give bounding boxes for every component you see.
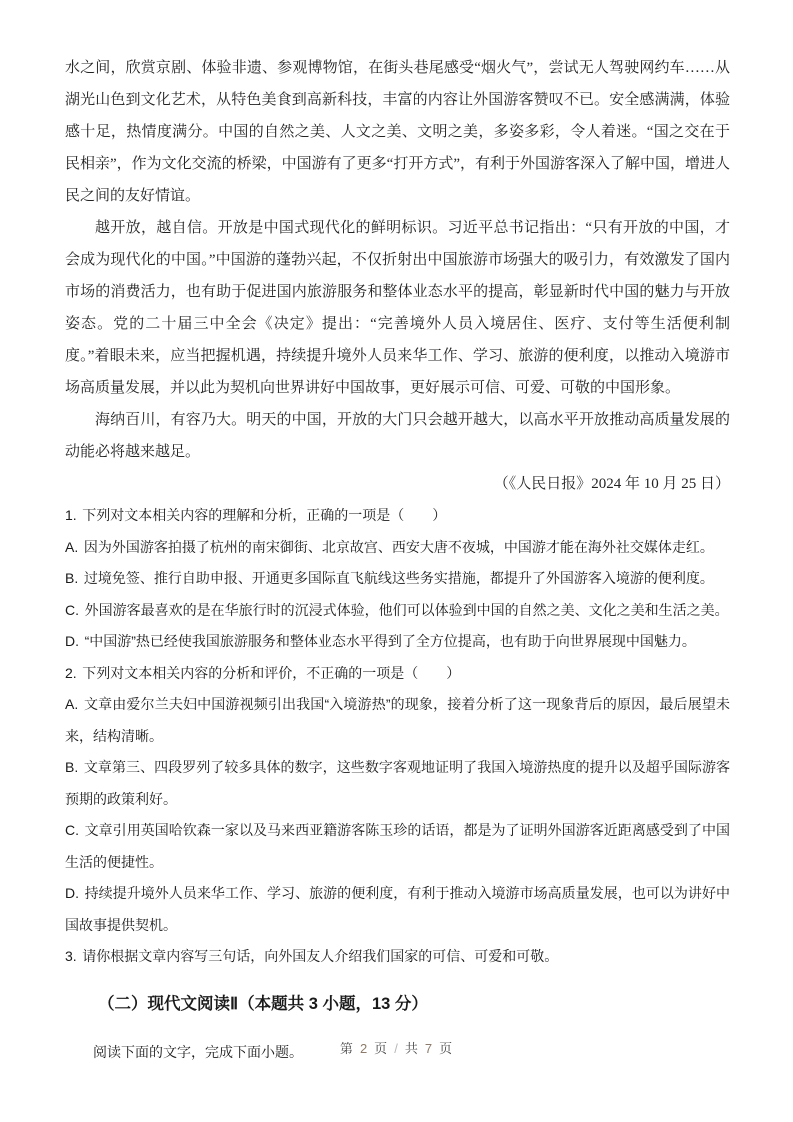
question-stem: 1.下列对文本相关内容的理解和分析，正确的一项是（ ） — [65, 500, 730, 532]
question-stem: 3.请你根据文章内容写三句话，向外国友人介绍我们国家的可信、可爱和可敬。 — [65, 941, 730, 973]
option-label: A. — [65, 696, 78, 712]
footer-page-unit-2: 页 — [439, 1041, 453, 1056]
question-stem-text: 下列对文本相关内容的理解和分析，正确的一项是（ ） — [82, 507, 446, 523]
page-content: 水之间，欣赏京剧、体验非遗、参观博物馆，在街头巷尾感受“烟火气”，尝试无人驾驶网… — [65, 52, 730, 1069]
footer-separator: / — [394, 1041, 399, 1056]
question-2: 2.下列对文本相关内容的分析和评价，不正确的一项是（ ） A.文章由爱尔兰夫妇中… — [65, 658, 730, 942]
option-label: B. — [65, 759, 78, 775]
page-footer: 第2页/共7页 — [0, 1038, 793, 1060]
section-heading: （二）现代文阅读Ⅱ（本题共 3 小题，13 分） — [65, 989, 730, 1021]
exam-document-page: 水之间，欣赏京剧、体验非遗、参观博物馆，在街头巷尾感受“烟火气”，尝试无人驾驶网… — [0, 0, 793, 1122]
option-a: A.因为外国游客拍摄了杭州的南宋御街、北京故宫、西安大唐不夜城，中国游才能在海外… — [65, 532, 730, 564]
option-label: B. — [65, 570, 78, 586]
footer-total-pages: 7 — [425, 1041, 433, 1056]
option-d: D.“中国游”热已经使我国旅游服务和整体业态水平得到了全方位提高，也有助于向世界… — [65, 626, 730, 658]
footer-current-page: 2 — [360, 1041, 368, 1056]
passage-paragraph: 水之间，欣赏京剧、体验非遗、参观博物馆，在街头巷尾感受“烟火气”，尝试无人驾驶网… — [65, 52, 730, 212]
option-text: “中国游”热已经使我国旅游服务和整体业态水平得到了全方位提高，也有助于向世界展现… — [85, 633, 696, 649]
option-label: C. — [65, 822, 79, 838]
footer-total-prefix: 共 — [405, 1041, 419, 1056]
option-c: C.外国游客最喜欢的是在华旅行时的沉浸式体验，他们可以体验到中国的自然之美、文化… — [65, 595, 730, 627]
question-number: 3. — [65, 948, 77, 964]
question-stem: 2.下列对文本相关内容的分析和评价，不正确的一项是（ ） — [65, 658, 730, 690]
question-number: 2. — [65, 665, 77, 681]
reading-passage: 水之间，欣赏京剧、体验非遗、参观博物馆，在街头巷尾感受“烟火气”，尝试无人驾驶网… — [65, 52, 730, 500]
option-text: 文章引用英国哈钦森一家以及马来西亚籍游客陈玉珍的话语，都是为了证明外国游客近距离… — [65, 822, 730, 870]
option-label: C. — [65, 602, 79, 618]
passage-paragraph: 海纳百川，有容乃大。明天的中国，开放的大门只会越开越大，以高水平开放推动高质量发… — [65, 404, 730, 468]
option-b: B.文章第三、四段罗列了较多具体的数字，这些数字客观地证明了我国入境游热度的提升… — [65, 752, 730, 815]
footer-page-unit: 页 — [374, 1041, 388, 1056]
option-label: A. — [65, 539, 78, 555]
option-text: 过境免签、推行自助申报、开通更多国际直飞航线这些务实措施，都提升了外国游客入境游… — [84, 570, 714, 586]
option-a: A.文章由爱尔兰夫妇中国游视频引出我国“入境游热”的现象，接着分析了这一现象背后… — [65, 689, 730, 752]
option-d: D.持续提升境外人员来华工作、学习、旅游的便利度，有利于推动入境游市场高质量发展… — [65, 878, 730, 941]
question-stem-text: 下列对文本相关内容的分析和评价，不正确的一项是（ ） — [82, 665, 460, 681]
option-text: 外国游客最喜欢的是在华旅行时的沉浸式体验，他们可以体验到中国的自然之美、文化之美… — [85, 602, 729, 618]
question-1: 1.下列对文本相关内容的理解和分析，正确的一项是（ ） A.因为外国游客拍摄了杭… — [65, 500, 730, 658]
option-label: D. — [65, 633, 79, 649]
option-c: C.文章引用英国哈钦森一家以及马来西亚籍游客陈玉珍的话语，都是为了证明外国游客近… — [65, 815, 730, 878]
passage-source-attribution: （《人民日报》2024 年 10 月 25 日） — [65, 468, 730, 500]
question-3: 3.请你根据文章内容写三句话，向外国友人介绍我们国家的可信、可爱和可敬。 — [65, 941, 730, 973]
option-text: 文章第三、四段罗列了较多具体的数字，这些数字客观地证明了我国入境游热度的提升以及… — [65, 759, 730, 807]
passage-paragraph: 越开放，越自信。开放是中国式现代化的鲜明标识。习近平总书记指出：“只有开放的中国… — [65, 212, 730, 404]
question-stem-text: 请你根据文章内容写三句话，向外国友人介绍我们国家的可信、可爱和可敬。 — [82, 948, 558, 964]
option-text: 文章由爱尔兰夫妇中国游视频引出我国“入境游热”的现象，接着分析了这一现象背后的原… — [65, 696, 730, 744]
option-b: B.过境免签、推行自助申报、开通更多国际直飞航线这些务实措施，都提升了外国游客入… — [65, 563, 730, 595]
option-text: 持续提升境外人员来华工作、学习、旅游的便利度，有利于推动入境游市场高质量发展，也… — [65, 885, 730, 933]
option-label: D. — [65, 885, 79, 901]
questions-section: 1.下列对文本相关内容的理解和分析，正确的一项是（ ） A.因为外国游客拍摄了杭… — [65, 500, 730, 1069]
option-text: 因为外国游客拍摄了杭州的南宋御街、北京故宫、西安大唐不夜城，中国游才能在海外社交… — [84, 539, 714, 555]
footer-page-prefix: 第 — [340, 1041, 354, 1056]
question-number: 1. — [65, 507, 77, 523]
